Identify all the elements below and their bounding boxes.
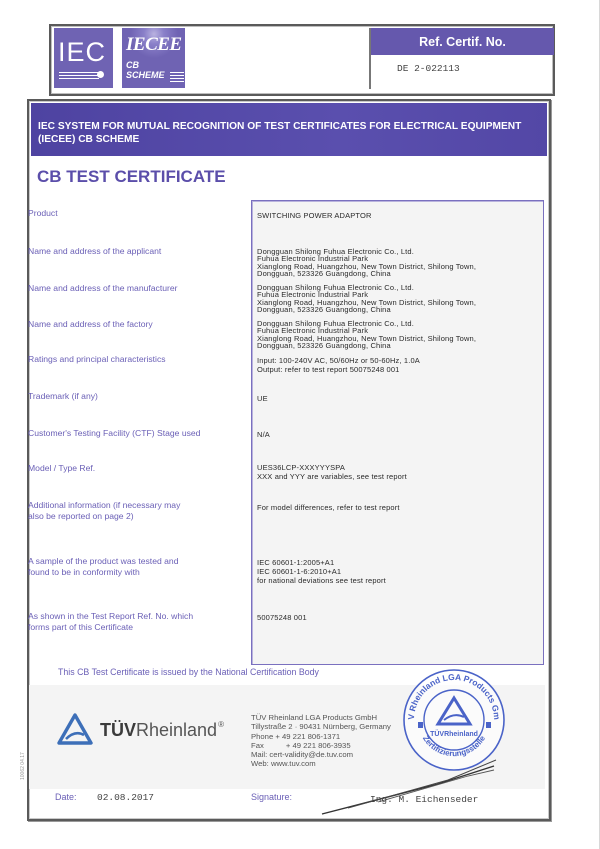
field-value: UES36LCP-XXXYYYSPAXXX and YYY are variab… — [257, 463, 407, 481]
field-label: Name and address of the manufacturer — [28, 283, 178, 294]
signature-label: Signature: — [251, 792, 292, 802]
iecee-logo-text: IECEE — [126, 34, 182, 56]
iec-logo-lines — [59, 72, 99, 80]
field-value: N/A — [257, 430, 270, 439]
certificate-title: CB TEST CERTIFICATE — [37, 167, 226, 187]
field-label: Name and address of the applicant — [28, 246, 161, 257]
field-value: IEC 60601-1:2005+A1IEC 60601-1-6:2010+A1… — [257, 558, 386, 585]
field-label: A sample of the product was tested andfo… — [28, 556, 178, 578]
field-label: Product — [28, 208, 58, 219]
form-code: 10062 04.17 — [20, 752, 26, 780]
field-label: Customer's Testing Facility (CTF) Stage … — [28, 428, 200, 439]
scheme-banner: IEC SYSTEM FOR MUTUAL RECOGNITION OF TES… — [31, 103, 547, 156]
iecee-logo-lines — [170, 72, 184, 82]
field-label: As shown in the Test Report Ref. No. whi… — [28, 611, 193, 633]
field-value: 50075248 001 — [257, 613, 307, 622]
iec-logo: IEC — [54, 28, 113, 88]
iec-logo-text: IEC — [58, 37, 106, 68]
field-label: Trademark (if any) — [28, 391, 98, 402]
body-street: Tillystraße 2 · 90431 Nürnberg, Germany — [251, 722, 391, 731]
scheme-banner-line2: (IECEE) CB SCHEME — [38, 133, 547, 146]
scheme-banner-line1: IEC SYSTEM FOR MUTUAL RECOGNITION OF TES… — [38, 120, 547, 133]
ref-certificate-box: Ref. Certif. No. DE 2-022113 — [369, 28, 554, 89]
iec-logo-dot — [97, 71, 104, 78]
cb-scheme-logo-text: CBSCHEME — [126, 60, 165, 80]
field-value: UE — [257, 394, 268, 403]
logo-divider — [113, 28, 122, 88]
field-value: Input: 100-240V AC, 50/60Hz or 50-60Hz, … — [257, 356, 420, 374]
field-value: SWITCHING POWER ADAPTOR — [257, 211, 372, 220]
field-value: For model differences, refer to test rep… — [257, 503, 400, 512]
issued-by-statement: This CB Test Certificate is issued by th… — [58, 667, 319, 677]
handwritten-signature — [318, 740, 498, 820]
tuv-rheinland-wordmark: TÜVRheinland® — [100, 720, 224, 741]
date-value: 02.08.2017 — [97, 792, 154, 803]
svg-text:TÜVRheinland: TÜVRheinland — [430, 729, 478, 738]
field-label: Ratings and principal characteristics — [28, 354, 166, 365]
date-label: Date: — [55, 792, 77, 802]
field-value: Dongguan Shilong Fuhua Electronic Co., L… — [257, 248, 476, 278]
field-value: Dongguan Shilong Fuhua Electronic Co., L… — [257, 320, 476, 350]
ref-certif-label: Ref. Certif. No. — [371, 28, 554, 55]
field-label: Additional information (if necessary may… — [28, 500, 180, 522]
iecee-cb-scheme-logo: IECEE CBSCHEME — [122, 28, 185, 88]
field-label: Model / Type Ref. — [28, 463, 95, 474]
body-name: TÜV Rheinland LGA Products GmbH — [251, 713, 391, 722]
field-label: Name and address of the factory — [28, 319, 153, 330]
field-value: Dongguan Shilong Fuhua Electronic Co., L… — [257, 284, 476, 314]
signatory-name: Ing. M. Eichenseder — [370, 794, 478, 805]
ref-certif-number: DE 2-022113 — [371, 55, 554, 74]
tuv-triangle-logo-icon — [57, 713, 93, 745]
